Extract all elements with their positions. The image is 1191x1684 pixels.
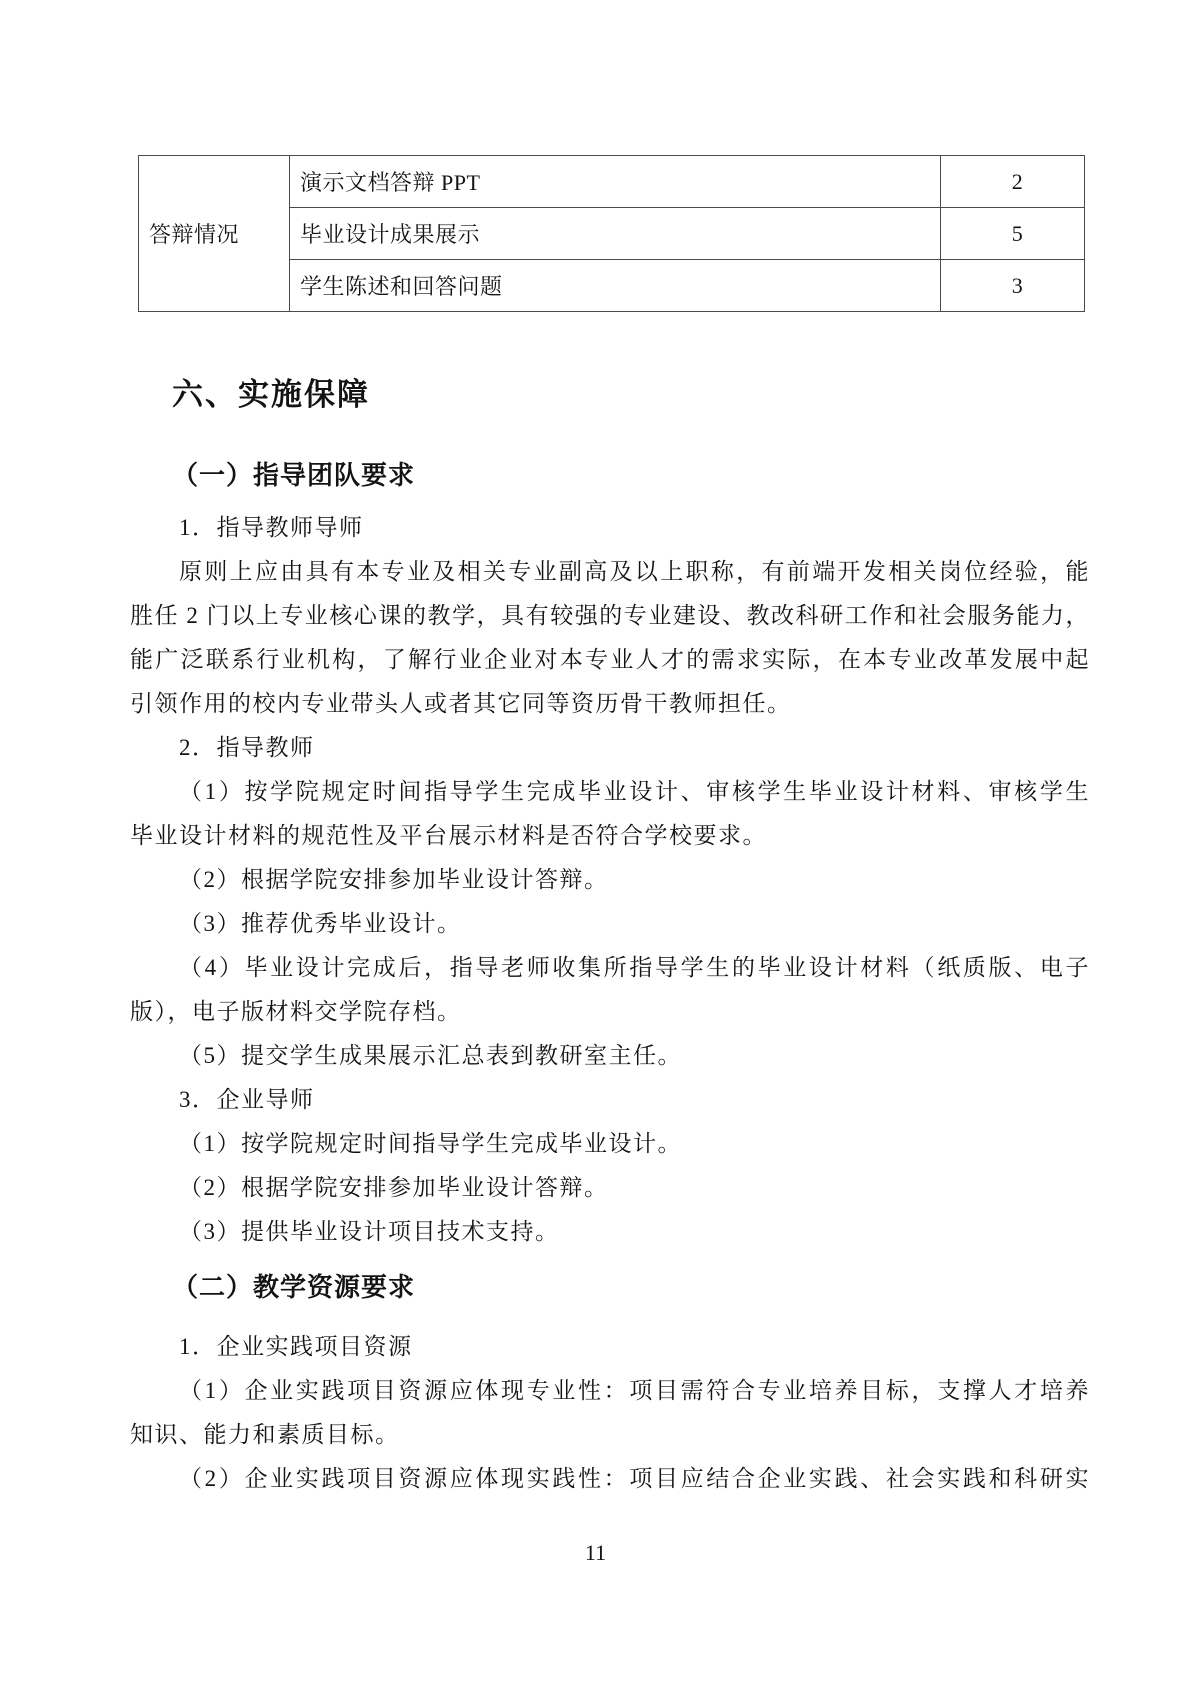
document-page: 答辩情况 演示文档答辩 PPT 2 毕业设计成果展示 5 学生陈述和回答问题 3…	[0, 0, 1191, 1684]
body-line: （2）根据学院安排参加毕业设计答辩。	[130, 1166, 1090, 1210]
table-cell-item: 演示文档答辩 PPT	[290, 156, 941, 208]
table-cell-score: 3	[941, 260, 1085, 312]
body-line: 2．指导教师	[130, 726, 1090, 770]
section-heading-sub1: （一）指导团队要求	[172, 457, 1090, 493]
body-line: （2）根据学院安排参加毕业设计答辩。	[130, 858, 1090, 902]
body-line: （1）企业实践项目资源应体现专业性：项目需符合专业培养目标，支撑人才培养	[130, 1369, 1090, 1413]
section-heading-main: 六、实施保障	[172, 375, 1090, 415]
section-body-sub1: 1．指导教师导师原则上应由具有本专业及相关专业副高及以上职称，有前端开发相关岗位…	[130, 506, 1090, 1254]
section-body-sub2: 1．企业实践项目资源（1）企业实践项目资源应体现专业性：项目需符合专业培养目标，…	[130, 1325, 1090, 1501]
body-line: （1）按学院规定时间指导学生完成毕业设计。	[130, 1122, 1090, 1166]
body-line: （4）毕业设计完成后，指导老师收集所指导学生的毕业设计材料（纸质版、电子	[130, 946, 1090, 990]
table-cell-item: 学生陈述和回答问题	[290, 260, 941, 312]
table-row: 答辩情况 演示文档答辩 PPT 2	[139, 156, 1085, 208]
table-cell-item: 毕业设计成果展示	[290, 208, 941, 260]
page-content: 答辩情况 演示文档答辩 PPT 2 毕业设计成果展示 5 学生陈述和回答问题 3…	[130, 155, 1090, 1501]
table-row-header: 答辩情况	[139, 156, 290, 312]
body-line: 3．企业导师	[130, 1078, 1090, 1122]
page-number: 11	[0, 1540, 1191, 1566]
body-line: 1．企业实践项目资源	[130, 1325, 1090, 1369]
body-line: 原则上应由具有本专业及相关专业副高及以上职称，有前端开发相关岗位经验，能	[130, 550, 1090, 594]
section-heading-sub2: （二）教学资源要求	[172, 1269, 1090, 1305]
body-line: （2）企业实践项目资源应体现实践性：项目应结合企业实践、社会实践和科研实	[130, 1457, 1090, 1501]
body-line: 版），电子版材料交学院存档。	[130, 990, 1090, 1034]
table-cell-score: 2	[941, 156, 1085, 208]
body-line: （5）提交学生成果展示汇总表到教研室主任。	[130, 1034, 1090, 1078]
body-line: 能广泛联系行业机构，了解行业企业对本专业人才的需求实际，在本专业改革发展中起	[130, 638, 1090, 682]
body-line: （3）推荐优秀毕业设计。	[130, 902, 1090, 946]
body-line: （3）提供毕业设计项目技术支持。	[130, 1210, 1090, 1254]
body-line: 胜任 2 门以上专业核心课的教学，具有较强的专业建设、教改科研工作和社会服务能力…	[130, 594, 1090, 638]
body-line: 引领作用的校内专业带头人或者其它同等资历骨干教师担任。	[130, 682, 1090, 726]
body-line: 毕业设计材料的规范性及平台展示材料是否符合学校要求。	[130, 814, 1090, 858]
body-line: （1）按学院规定时间指导学生完成毕业设计、审核学生毕业设计材料、审核学生	[130, 770, 1090, 814]
body-line: 1．指导教师导师	[130, 506, 1090, 550]
table-cell-score: 5	[941, 208, 1085, 260]
defense-score-table: 答辩情况 演示文档答辩 PPT 2 毕业设计成果展示 5 学生陈述和回答问题 3	[138, 155, 1085, 312]
body-line: 知识、能力和素质目标。	[130, 1413, 1090, 1457]
